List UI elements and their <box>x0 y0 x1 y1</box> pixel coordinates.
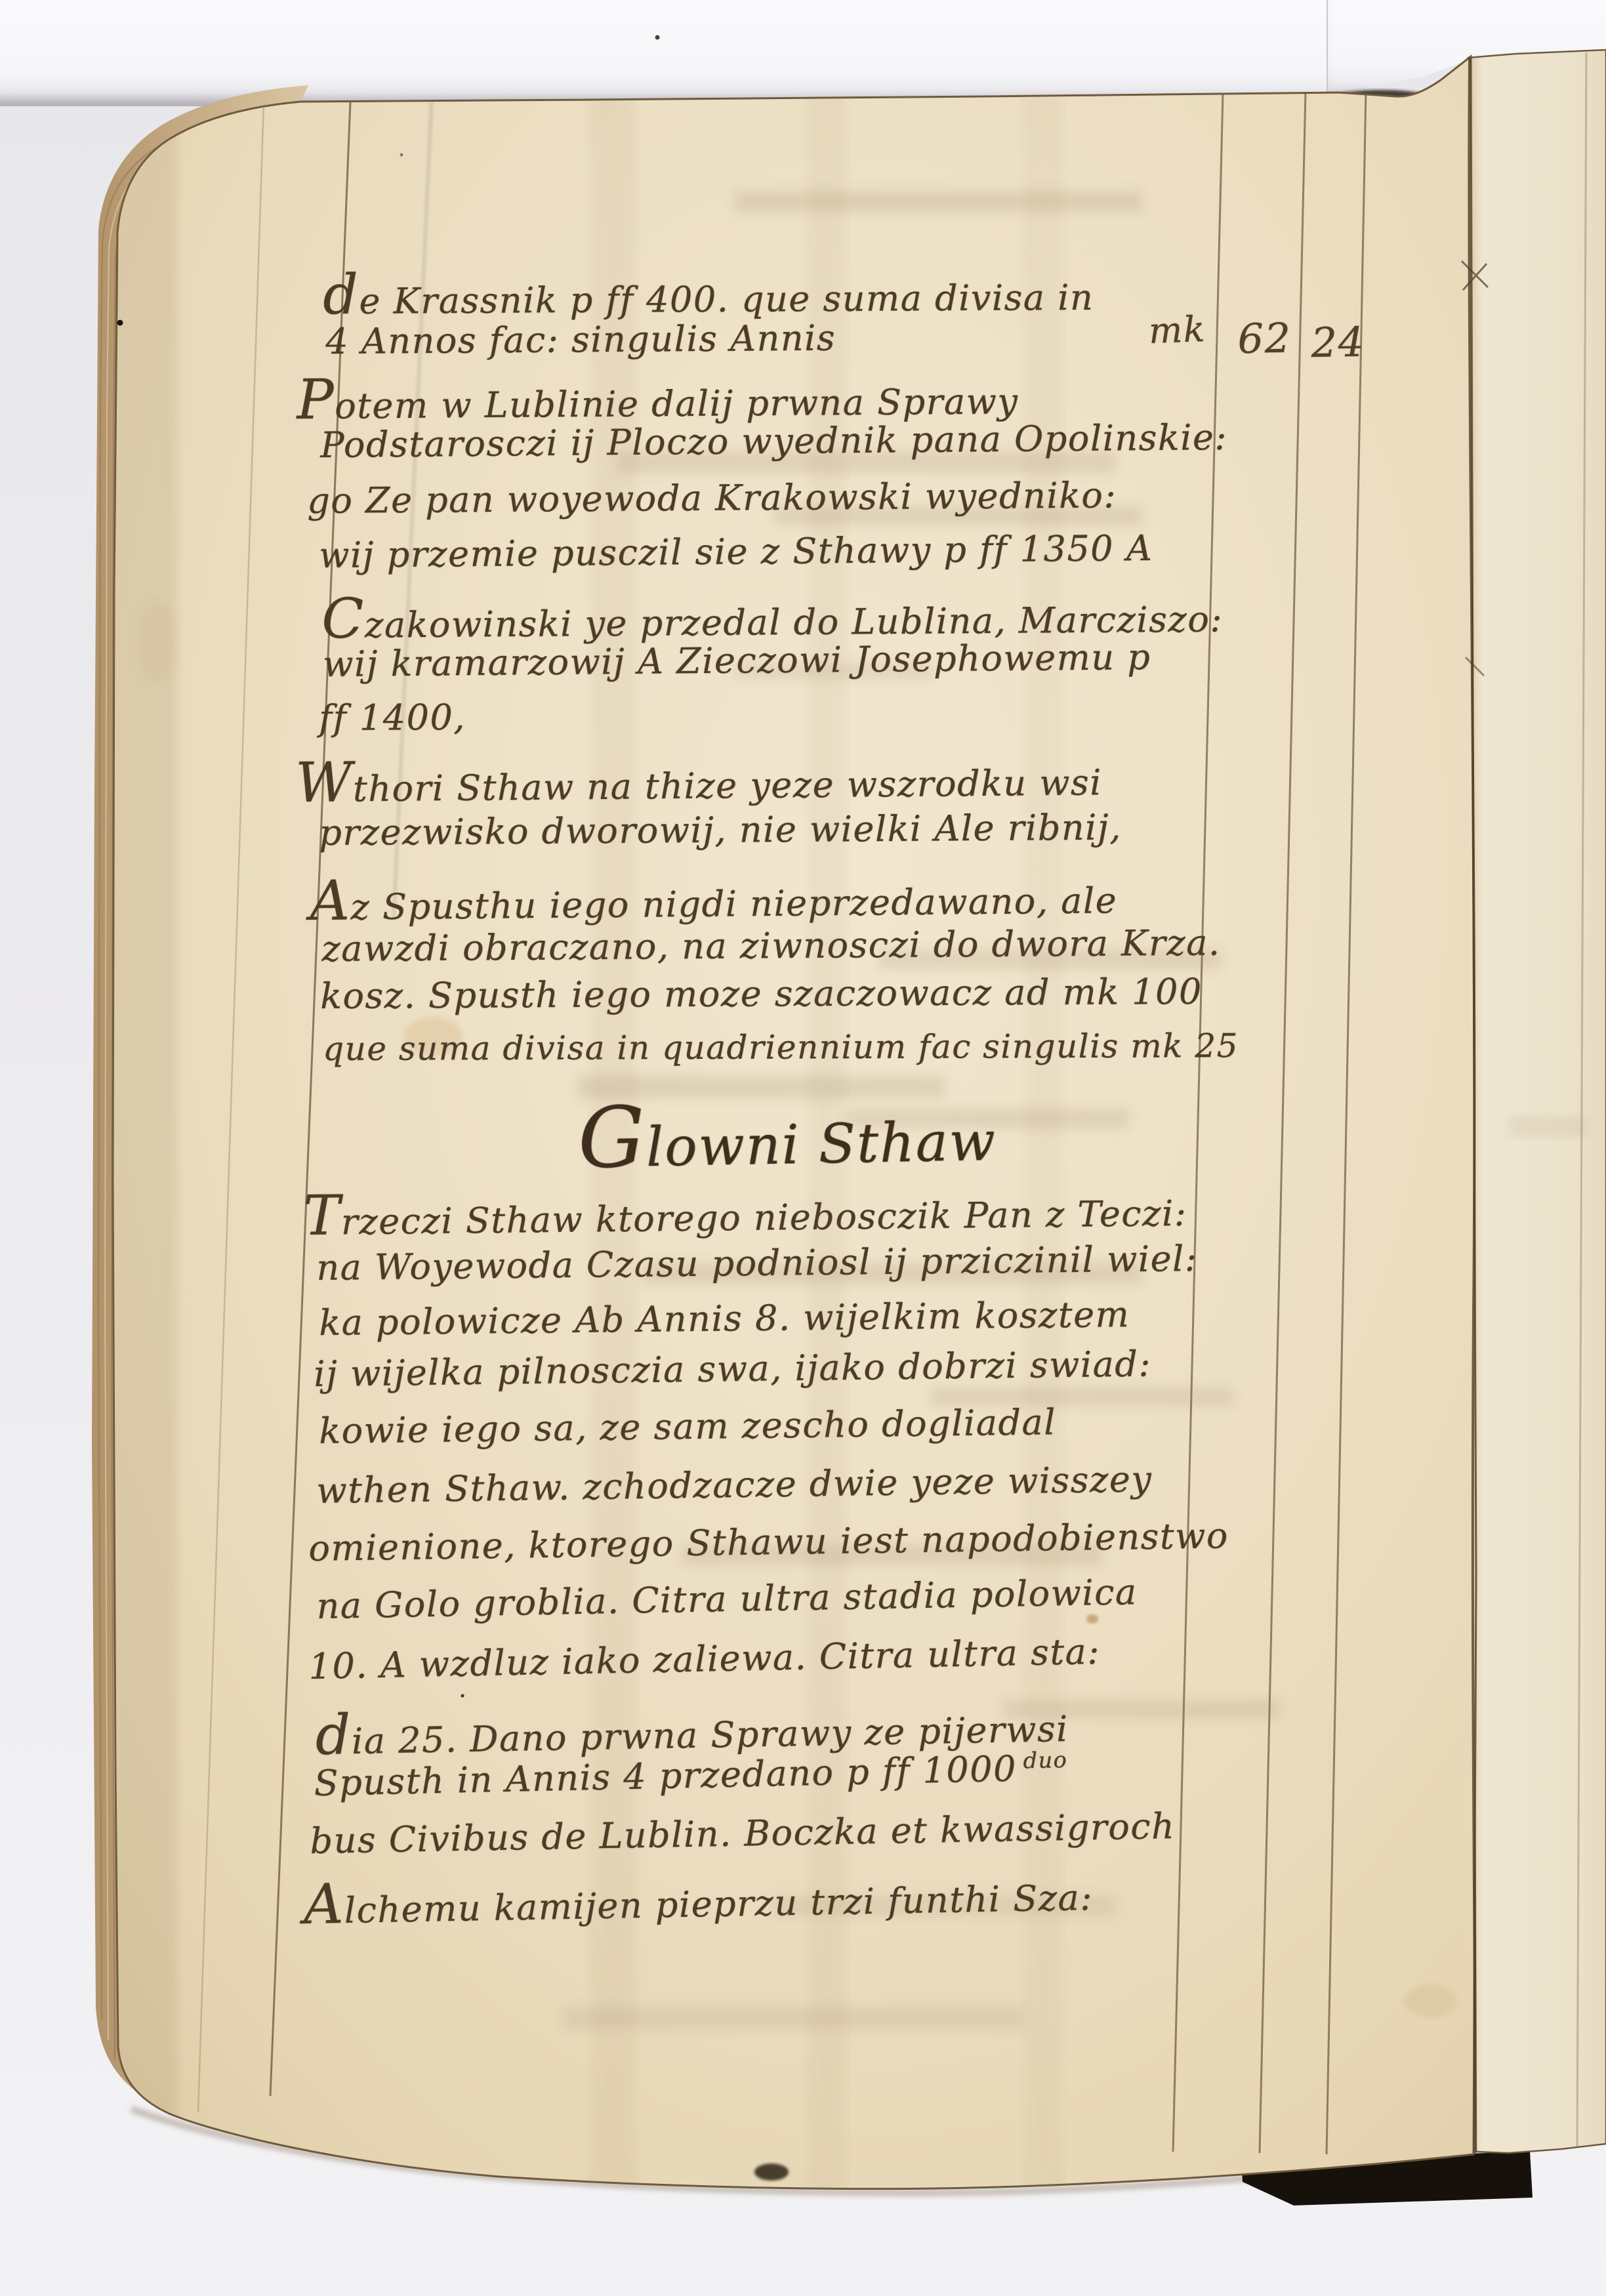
manuscript-line: na Woyewoda Czasu podniosl ij prziczinil… <box>316 1241 1198 1286</box>
folio-number-right: 24 <box>1311 322 1365 363</box>
soot-smudge <box>754 2163 789 2181</box>
section-heading: Glowni Sthaw <box>577 1090 997 1180</box>
fleck <box>400 154 403 157</box>
manuscript-line: Podstarosczi ij Ploczo wyednik pana Opol… <box>320 420 1227 463</box>
manuscript-line: de Krassnik p ff 400. que suma divisa in <box>323 264 1094 323</box>
fleck <box>117 320 123 326</box>
manuscript-line: zawzdi obraczano, na ziwnosczi do dwora … <box>321 925 1221 967</box>
manuscript-line: wij przemie pusczil sie z Sthawy p ff 13… <box>319 531 1153 573</box>
manuscript-line: Potem w Lublinie dalij prwna Sprawy <box>297 367 1018 427</box>
manuscript-line: Az Spusthu iego nigdi nieprzedawano, ale <box>310 867 1117 928</box>
superscript-word: duo <box>1023 1747 1067 1773</box>
manuscript-line: ff 1400, <box>319 700 466 736</box>
stain <box>1404 1984 1456 2017</box>
manuscript-line: Wthori Sthaw na thize yeze wszrodku wsi <box>295 748 1102 810</box>
manuscript-line: ij wijelka pilnosczia swa, ijako dobrzi … <box>314 1346 1151 1392</box>
manuscript-line: Trzeczi Sthaw ktorego niebosczik Pan z T… <box>303 1179 1187 1244</box>
manuscript-line: ka polowicze Ab Annis 8. wijelkim koszte… <box>319 1297 1130 1341</box>
manuscript-line: przezwisko dworowij, nie wielki Ale ribn… <box>319 810 1122 851</box>
stain <box>1086 1614 1098 1624</box>
manuscript-line: que suma divisa in quadriennium fac sing… <box>323 1029 1239 1065</box>
folio-number-left: 62 <box>1237 318 1292 359</box>
fleck <box>461 1694 464 1697</box>
currency-mark: mk <box>1148 312 1206 349</box>
manuscript-line: kowie iego sa, ze sam zescho dogliadal <box>319 1404 1056 1449</box>
fleck <box>655 35 660 40</box>
stain <box>139 604 176 682</box>
manuscript-line: wij kramarzowij A Zieczowi Josephowemu p <box>323 640 1151 682</box>
manuscript-line: kosz. Spusth iego moze szaczowacz ad mk … <box>320 974 1203 1014</box>
manuscript-line: go Ze pan woyewoda Krakowski wyedniko: <box>307 478 1117 519</box>
scanned-manuscript: de Krassnik p ff 400. que suma divisa in… <box>0 0 1606 2296</box>
bleedthrough-smudge <box>1509 1115 1588 1138</box>
manuscript-line: 4 Annos fac: singulis Annis <box>325 321 836 359</box>
